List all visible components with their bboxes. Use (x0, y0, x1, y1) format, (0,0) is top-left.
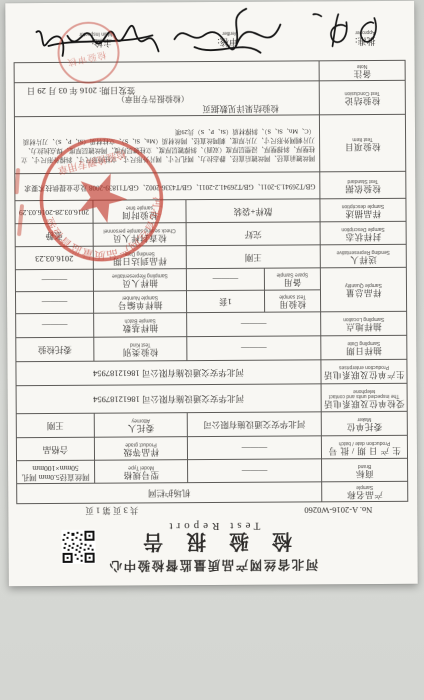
test-report-document: 河北省丝网产品质量监督检验中心 检 验 报 告 Test Report No. … (5, 1, 418, 586)
attorney-label: 委托人 (97, 423, 185, 433)
scanned-photo-background: 河北省丝网产品质量监督检验中心 检 验 报 告 Test Report No. … (0, 0, 424, 700)
production-date-label: 生 产 日 期 / 批 号 (324, 445, 405, 455)
table-row: 受检单位及联系电话The inspected units and contact… (16, 383, 407, 413)
test-sample-label: 检验用 (267, 299, 318, 309)
table-row: 商标Brand ——— 型号规格Model Type 网丝直径5.0mm 网孔5… (17, 458, 408, 483)
inspected-units-value: 河北华安交通设施有限公司 18612187954 (16, 384, 321, 414)
production-date-value: ——— (187, 436, 321, 460)
report-number: No. A-2016-W0260 (304, 502, 372, 515)
model-value: 网丝直径5.0mm 网孔50mm×100mm (17, 460, 95, 483)
seal-star-icon (72, 171, 132, 229)
maker-value: 河北华安交通设施有限公司 (187, 412, 321, 437)
attorney-value: 王刚 (16, 413, 94, 437)
test-items-label: 检验项目 (322, 141, 403, 151)
producer-value: 河北华安交通设施有限公司 18612187954 (16, 360, 321, 386)
table-row: 产品名称Sample 机场护栏网 (17, 481, 408, 503)
table-row: 检验结论Test Conclusion 检验结果详见数据页 （检验报告专用章） … (14, 80, 405, 116)
brand-value: ——— (188, 459, 322, 483)
document-page: 河北省丝网产品质量监督检验中心 检 验 报 告 Test Report No. … (5, 1, 418, 586)
seal-state-label: 封样状态 (323, 231, 404, 241)
table-row: 生 产 日 期 / 批 号Production date / batch ———… (16, 435, 407, 460)
sample-number-value: ——— (15, 291, 93, 313)
sample-quantity-label: 样品总量 (323, 287, 404, 297)
conclusion-label: 检验结论 (322, 95, 403, 105)
conclusion-value: 检验结果详见数据页 (21, 102, 313, 114)
sample-description-label: 样品描述 (322, 208, 403, 218)
sampling-location-label: 抽样地点 (323, 321, 404, 331)
sample-number-label: 抽样单编号 (96, 300, 184, 310)
table-row: 生产单位及联系电话Production enterprises 河北华安交通设施… (16, 359, 407, 385)
approver-label: 批准: (355, 36, 376, 46)
sampling-rep-label: 抽样人员 (96, 278, 184, 288)
table-row: 抽样日期Sampling Date ——— 检验类别Test Kind 委托检验 (16, 335, 407, 361)
product-name-value: 机场护栏网 (17, 482, 322, 504)
sample-description-value: 散样+袋装 (186, 199, 320, 223)
sample-batch-value: ——— (16, 313, 94, 337)
test-standard-label: 检验依据 (322, 183, 403, 193)
sender-label: 送样人 (323, 254, 404, 264)
grade-label: 样品等级 (97, 446, 185, 456)
report-info-table: 产品名称Sample 机场护栏网 商标Brand ——— 型号规格Model T… (14, 60, 409, 504)
brand-label: 商标 (324, 468, 405, 478)
model-label: 型号规格 (97, 469, 185, 479)
spare-sample-value: ——— (186, 268, 264, 290)
sender-value: 王刚 (186, 245, 320, 269)
report-number-row: No. A-2016-W0260 共 3 页 第 1 页 (17, 502, 408, 517)
table-row: 委托单位Maker 河北华安交通设施有限公司 委托人Attorney 王刚 (16, 411, 407, 437)
note-label: 备注 (322, 68, 403, 78)
test-kind-value: 委托检验 (16, 337, 94, 361)
table-row: 样品总量Sample Quantity 检验用Test sample 1套 抽样… (15, 289, 406, 313)
qr-code (61, 530, 95, 564)
spare-sample-label: 备用 (267, 277, 318, 287)
sampling-date-value: ——— (187, 336, 321, 361)
verifier-label: 审核: (217, 37, 238, 47)
test-sample-value: 1套 (186, 290, 264, 312)
small-red-stamp: 检验审核 (57, 22, 119, 84)
grade-value: 合格品 (16, 437, 94, 460)
sampling-date-label: 抽样日期 (323, 345, 404, 355)
page-count: 共 3 页 第 1 页 (85, 503, 138, 516)
inspected-units-label: 受检单位及联系电话 (324, 398, 405, 408)
sample-batch-label: 抽样基数 (96, 323, 184, 333)
maker-label: 委托单位 (324, 421, 405, 431)
test-kind-label: 检验类别 (96, 347, 184, 357)
product-name-label: 产品名称 (324, 489, 405, 499)
table-row: 抽样地点Sampling Location ——— 抽样基数Sample Bat… (16, 311, 407, 337)
sampling-location-value: ——— (187, 312, 321, 337)
producer-label: 生产单位及联系电话 (323, 369, 404, 379)
seal-state-value: 完好 (186, 222, 320, 246)
small-stamp-text: 检验审核 (64, 48, 110, 70)
